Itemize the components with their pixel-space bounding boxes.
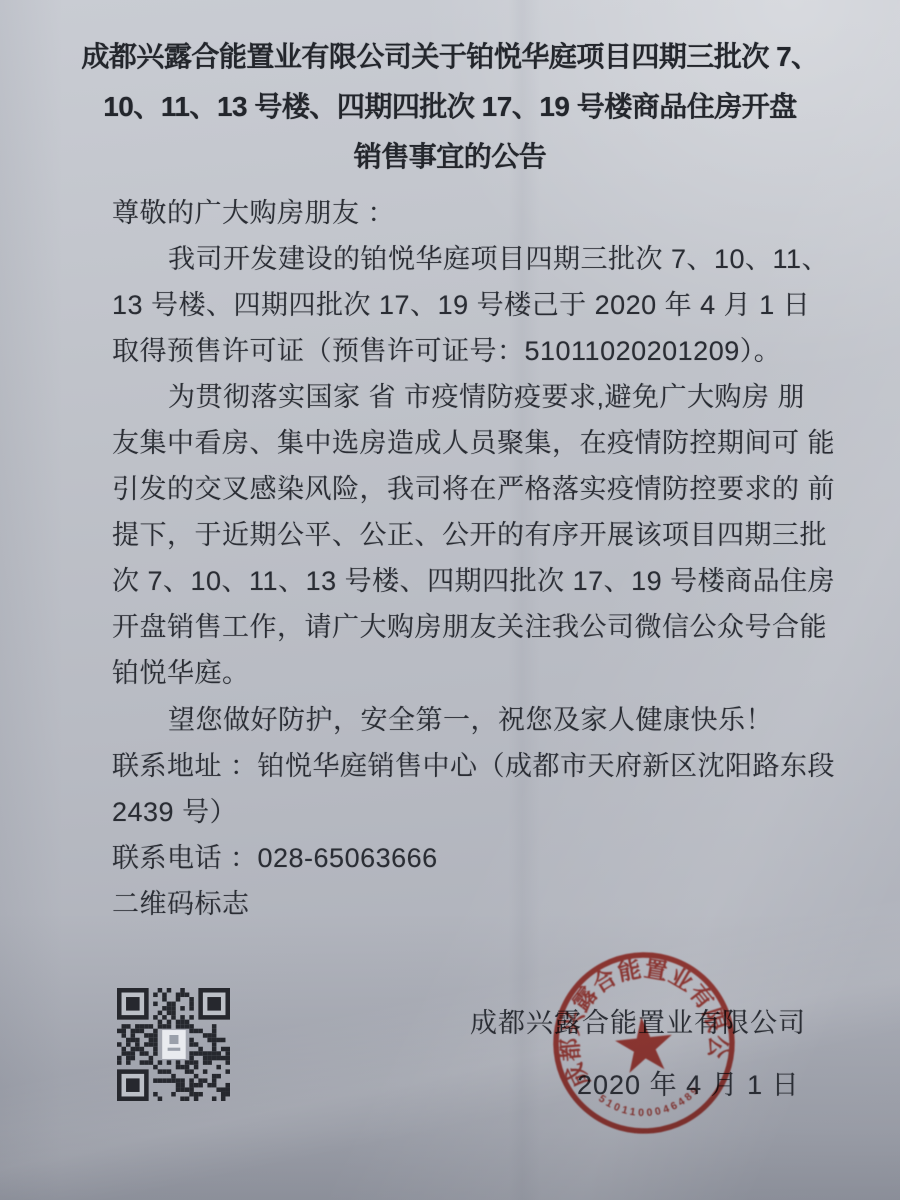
body-line: 开盘销售工作，请广大购房朋友关注我公司微信公众号合能 [112,612,818,642]
seal-star-icon [613,1014,675,1074]
qr-module [225,1056,230,1061]
qr-module [126,1042,131,1047]
qr-module [216,1056,221,1061]
qr-module [153,993,158,998]
qr-module [189,1056,194,1061]
qr-module [122,1047,127,1052]
qr-module [203,1060,208,1065]
qr-module [117,1042,122,1047]
qr-module [153,1051,158,1056]
qr-module [167,1002,172,1007]
qr-module [185,1060,190,1065]
qr-module [126,1024,131,1029]
qr-module [126,1038,131,1043]
qr-module [149,1033,154,1038]
greeting-line: 尊敬的广大购房朋友 ： [112,198,818,228]
qr-module [189,1087,194,1092]
qr-module [180,1065,185,1070]
qr-module [189,1042,194,1047]
qr-module [167,1078,172,1083]
qr-module [167,988,172,993]
qr-module [131,1038,136,1043]
qr-module [153,1078,158,1083]
body-line: 次 7、10、11、13 号楼、四期四批次 17、19 号楼商品住房 [112,566,818,596]
qr-module [149,1060,154,1065]
qr-module [225,1092,230,1097]
qr-module [194,1029,199,1034]
qr-module [176,1083,181,1088]
qr-module [221,1038,226,1043]
qr-module [158,1069,163,1074]
qr-module [117,1056,122,1061]
seal-company-arc-text: 成都兴露合能置业有限公司 [540,939,736,1095]
qr-module [203,1033,208,1038]
body-line: 提下，于近期公平、公正、公开的有序开展该项目四期三批 [112,520,818,550]
qr-module [207,1033,212,1038]
contact-phone-line: 联系电话 ：028-65063666 [112,843,818,873]
qr-module [180,1083,185,1088]
qr-code [117,988,230,1101]
qr-module [225,1060,230,1065]
qr-module [153,1047,158,1052]
qr-module [167,1020,172,1025]
title-line: 成都兴露合能置业有限公司关于铂悦华庭项目四期三批次 7、 [80,32,820,82]
qr-module [189,1038,194,1043]
qr-module [207,1051,212,1056]
qr-module [203,1056,208,1061]
qr-module [171,1002,176,1007]
qr-module [144,1051,149,1056]
qr-module [194,1042,199,1047]
qr-module [180,1087,185,1092]
qr-module [158,1096,163,1101]
qr-module [135,1042,140,1047]
body-line: 我司开发建设的铂悦华庭项目四期三批次 7、10、11、 [112,244,818,274]
qr-module [135,1024,140,1029]
qr-module [216,1038,221,1043]
qr-module [194,1065,199,1070]
qr-module [212,1033,217,1038]
qr-module [158,1024,163,1029]
qr-module [117,1029,122,1034]
qr-module [212,1038,217,1043]
qr-module [122,1029,127,1034]
qr-module [225,1087,230,1092]
company-seal: 成都兴露合能置业有限公司 5101100046489 [540,939,749,1148]
qr-module [212,1083,217,1088]
qr-module [189,997,194,1002]
qr-module [149,1056,154,1061]
qr-module [180,993,185,998]
qr-module [171,1092,176,1097]
qr-module [153,1029,158,1034]
qr-module [180,1015,185,1020]
qr-module [149,1042,154,1047]
qr-module [162,1015,167,1020]
qr-module [207,1038,212,1043]
qr-module [180,1078,185,1083]
qr-module [194,1051,199,1056]
qr-module [162,1006,167,1011]
qr-module [198,1047,203,1052]
qr-module [207,997,221,1011]
qr-module [158,1078,163,1083]
qr-module [144,1060,149,1065]
qr-module [185,1087,190,1092]
qr-module [153,1042,158,1047]
qr-module [185,1024,190,1029]
qr-module [171,1074,176,1079]
qr-module [131,1047,136,1052]
body-line: 铂悦华庭。 [112,658,818,688]
qr-module [221,1087,226,1092]
qr-module [126,1056,131,1061]
qr-module [207,1083,212,1088]
qr-module [167,1060,172,1065]
qr-module [162,1030,186,1059]
qr-module [162,993,167,998]
qr-module [162,1078,167,1083]
qr-module [207,1056,212,1061]
qr-module [144,1024,149,1029]
qr-module [189,1069,194,1074]
qr-module [176,1078,181,1083]
qr-module [203,1051,208,1056]
qr-module [203,1078,208,1083]
qr-module [194,1074,199,1079]
qr-module [198,1029,203,1034]
qr-module [216,1074,221,1079]
qr-module [126,1060,131,1065]
qr-module [122,1024,127,1029]
qr-module [140,1029,145,1034]
qr-module [189,1083,194,1088]
qr-module [167,1006,172,1011]
qr-module [212,1074,217,1079]
qr-module [162,1024,167,1029]
qr-module [167,1024,172,1029]
qr-module [221,1056,226,1061]
qr-module [203,1069,208,1074]
closing-line: 望您做好防护，安全第一，祝您及家人健康快乐！ [112,705,818,735]
qr-module [171,1011,176,1016]
qr-module [153,1033,158,1038]
qr-module [180,1006,185,1011]
qr-module [153,1015,158,1020]
body-line: 友集中看房、集中选房造成人员聚集，在疫情防控期间可 能 [112,428,818,458]
announcement-body: 尊敬的广大购房朋友 ： 我司开发建设的铂悦华庭项目四期三批次 7、10、11、 … [112,198,818,935]
qr-module [162,997,167,1002]
qr-module [198,1083,203,1088]
qr-module [176,993,181,998]
qr-module [212,1078,217,1083]
qr-module [171,1015,176,1020]
body-line: 取得预售许可证（预售许可证号：51011020201209）。 [112,336,818,366]
qr-module [149,1038,154,1043]
qr-module [168,1048,181,1051]
qr-module [144,1033,149,1038]
qr-module [221,1047,226,1052]
qr-module [212,1024,217,1029]
qr-module [176,1065,181,1070]
qr-module [122,1033,127,1038]
qr-module [176,1020,181,1025]
qr-module [185,1065,190,1070]
qr-module [216,1051,221,1056]
contact-address-line1: 联系地址 ：铂悦华庭销售中心（成都市天府新区沈阳路东段 [112,751,818,781]
qr-module [212,1042,217,1047]
qr-module [149,1024,154,1029]
title-line: 10、11、13 号楼、四期四批次 17、19 号楼商品住房开盘 [80,82,820,132]
qr-module [171,1006,176,1011]
qr-module [189,1092,194,1097]
qr-module [185,1096,190,1101]
qr-module [225,1069,230,1074]
qr-module [198,1078,203,1083]
qr-module [212,1096,217,1101]
qr-module [189,1015,194,1020]
qr-module [189,1002,194,1007]
qr-module [212,1056,217,1061]
qr-module [185,1020,190,1025]
qr-module [189,1006,194,1011]
qr-module [225,1047,230,1052]
qr-module [126,1051,131,1056]
announcement-title: 成都兴露合能置业有限公司关于铂悦华庭项目四期三批次 7、 10、11、13 号楼… [80,32,820,182]
qr-module [176,997,181,1002]
qr-module [122,1051,127,1056]
qr-module [212,1047,217,1052]
document-photo: 成都兴露合能置业有限公司关于铂悦华庭项目四期三批次 7、 10、11、13 号楼… [0,0,900,1200]
qr-module [180,988,185,993]
qr-module [176,1024,181,1029]
qr-module [158,1011,163,1016]
qr-module [126,997,140,1011]
qr-module [185,993,190,998]
qr-module [194,1083,199,1088]
qr-module [221,1096,226,1101]
qr-module [216,1065,221,1070]
qr-module [167,1011,172,1016]
qr-module [176,1087,181,1092]
qr-module [216,1087,221,1092]
qr-module [189,1078,194,1083]
qr-module [176,1060,181,1065]
qr-module [153,1092,158,1097]
qr-module [180,1096,185,1101]
qr-module [158,1060,163,1065]
qr-module [212,1051,217,1056]
title-line: 销售事宜的公告 [80,132,820,182]
qr-module [180,1020,185,1025]
qr-module [225,1051,230,1056]
qr-module [131,1033,136,1038]
qr-module [194,1092,199,1097]
qr-module [131,1029,136,1034]
qr-module [140,1047,145,1052]
qr-module [144,1042,149,1047]
qr-module [140,1051,145,1056]
qr-module [158,1020,163,1025]
qr-module [189,1060,194,1065]
qr-module [135,1047,140,1052]
body-line: 为贯彻落实国家 省 市疫情防疫要求,避免广大购房 朋 [112,382,818,412]
qr-module [225,1083,230,1088]
contact-address-line2: 2439 号） [112,797,818,827]
qr-module [198,1051,203,1056]
qr-module [131,1056,136,1061]
qr-module [189,1029,194,1034]
qr-module [207,1060,212,1065]
qr-module [171,1078,176,1083]
qr-module [140,1024,145,1029]
qr-module [135,1038,140,1043]
qr-module [212,1029,217,1034]
qr-module [198,1092,203,1097]
qr-module [189,1024,194,1029]
qr-module [158,988,163,993]
qr-module [194,1060,199,1065]
body-line: 引发的交叉感染风险，我司将在严格落实疫情防控要求的 前 [112,474,818,504]
qr-module [135,1029,140,1034]
qr-module [153,1038,158,1043]
qr-module [185,1069,190,1074]
qr-module [194,1096,199,1101]
qr-module [169,1035,178,1044]
qr-module [167,1069,172,1074]
qr-module [131,1051,136,1056]
qr-module [153,1002,158,1007]
body-line: 13 号楼、四期四批次 17、19 号楼己于 2020 年 4 月 1 日 [112,290,818,320]
qr-module [180,1024,185,1029]
qr-label: 二维码标志 [112,889,818,919]
qr-module [189,1051,194,1056]
qr-module [140,1060,145,1065]
qr-module [126,1078,140,1092]
qr-module [153,1065,158,1070]
qr-module [117,1060,122,1065]
qr-module [221,1092,226,1097]
qr-module [162,1069,167,1074]
